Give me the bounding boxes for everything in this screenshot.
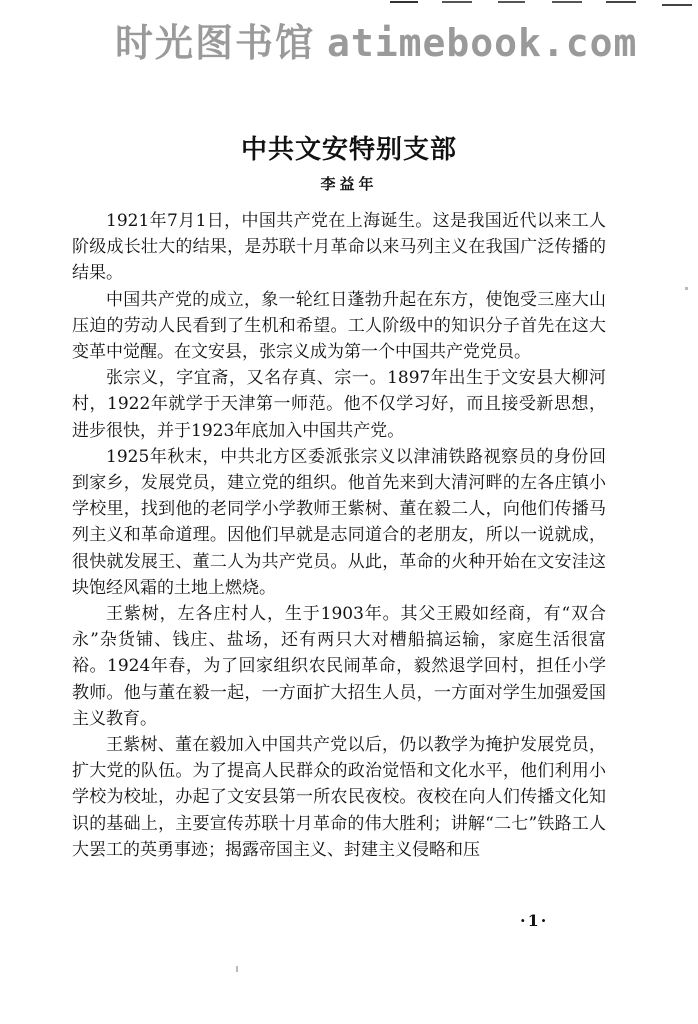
paragraph: 王紫树、董在毅加入中国共产党以后，仍以教学为掩护发展党员，扩大党的队伍。为了提高… bbox=[72, 732, 606, 863]
author-name: 李益年 bbox=[0, 173, 698, 194]
paragraph: 王紫树，左各庄村人，生于1903年。其父王殿如经商，有“双合永”杂货铺、钱庄、盐… bbox=[72, 601, 606, 732]
watermark-latin: atimebook.com bbox=[327, 21, 637, 65]
paragraph: 张宗义，字宜斋，又名存真、宗一。1897年出生于文安县大柳河村，1922年就学于… bbox=[72, 365, 606, 444]
paragraph: 1925年秋末，中共北方区委派张宗义以津浦铁路视察员的身份回到家乡，发展党员，建… bbox=[72, 444, 606, 601]
document-title: 中共文安特别支部 bbox=[0, 129, 698, 166]
watermark-chinese: 时光图书馆 bbox=[115, 21, 315, 65]
watermark: 时光图书馆atimebook.com bbox=[115, 12, 637, 67]
document-body: 1921年7月1日，中国共产党在上海诞生。这是我国近代以来工人阶级成长壮大的结果… bbox=[72, 208, 606, 863]
scan-speck bbox=[685, 287, 688, 290]
scan-top-edge-marks bbox=[380, 0, 698, 8]
paragraph: 中国共产党的成立，象一轮红日蓬勃升起在东方，使饱受三座大山压迫的劳动人民看到了生… bbox=[72, 287, 606, 366]
paragraph: 1921年7月1日，中国共产党在上海诞生。这是我国近代以来工人阶级成长壮大的结果… bbox=[72, 208, 606, 287]
scan-speck bbox=[236, 966, 238, 972]
page-number: ·1· bbox=[520, 911, 548, 930]
